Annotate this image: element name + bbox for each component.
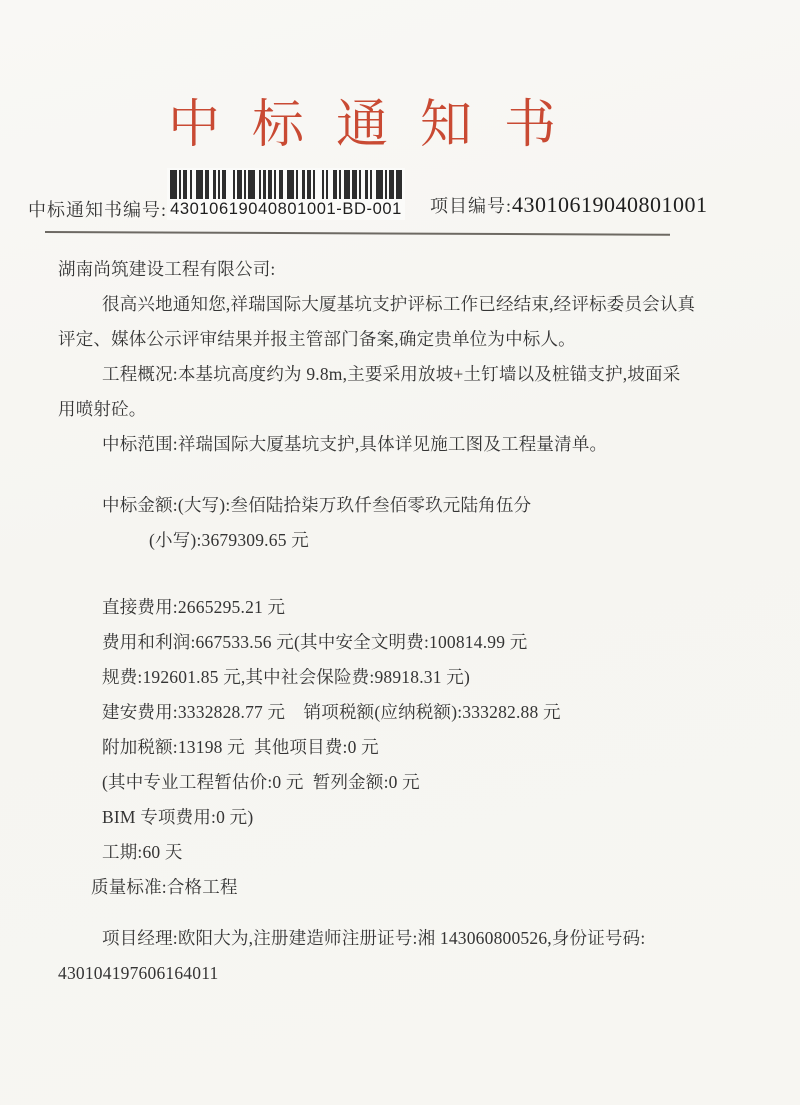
text-line: 规费:192601.85 元,其中社会保险费:98918.31 元): [58, 660, 758, 695]
text-line: (其中专业工程暂估价:0 元 暂列金额:0 元: [58, 765, 758, 800]
project-number: 项目编号:43010619040801001: [430, 192, 708, 218]
text-line: 用喷射砼。: [58, 392, 758, 427]
text-line: 很高兴地通知您,祥瑞国际大厦基坑支护评标工作已经结束,经评标委员会认真: [58, 287, 758, 322]
document-sheet: 中标通知书 中标通知书编号: 43010619040801001-BD-001 …: [0, 0, 800, 1105]
text-line: 中标金额:(大写):叁佰陆拾柒万玖仟叁佰零玖元陆角伍分: [58, 488, 758, 523]
project-number-value: 43010619040801001: [512, 192, 708, 217]
barcode: 43010619040801001-BD-001: [167, 168, 405, 220]
section-intro: 很高兴地通知您,祥瑞国际大厦基坑支护评标工作已经结束,经评标委员会认真评定、媒体…: [58, 287, 758, 357]
text-line: 附加税额:13198 元 其他项目费:0 元: [58, 730, 758, 765]
text-line: 直接费用:2665295.21 元: [58, 590, 758, 625]
project-number-label: 项目编号:: [430, 196, 512, 216]
notice-no-label: 中标通知书编号:: [28, 196, 167, 222]
text-line: 工程概况:本基坑高度约为 9.8m,主要采用放坡+土钉墙以及桩锚支护,坡面采: [58, 357, 758, 392]
section-manager: 项目经理:欧阳大为,注册建造师注册证号:湘 143060800526,身份证号码…: [58, 921, 758, 991]
text-line: 质量标准:合格工程: [58, 870, 758, 905]
text-line: BIM 专项费用:0 元): [58, 800, 758, 835]
text-line: 建安费用:3332828.77 元 销项税额(应纳税额):333282.88 元: [58, 695, 758, 730]
text-line: 费用和利润:667533.56 元(其中安全文明费:100814.99 元: [58, 625, 758, 660]
section-scope: 中标范围:祥瑞国际大厦基坑支护,具体详见施工图及工程量清单。: [58, 427, 758, 462]
text-line: (小写):3679309.65 元: [58, 523, 758, 558]
barcode-bars-icon: [170, 170, 402, 199]
document-body: 湖南尚筑建设工程有限公司:很高兴地通知您,祥瑞国际大厦基坑支护评标工作已经结束,…: [58, 252, 758, 991]
text-line: 中标范围:祥瑞国际大厦基坑支护,具体详见施工图及工程量清单。: [58, 427, 758, 462]
section-fees: 直接费用:2665295.21 元费用和利润:667533.56 元(其中安全文…: [58, 590, 758, 905]
text-line: 430104197606164011: [58, 956, 758, 991]
section-overview: 工程概况:本基坑高度约为 9.8m,主要采用放坡+土钉墙以及桩锚支护,坡面采用喷…: [58, 357, 758, 427]
section-salutation: 湖南尚筑建设工程有限公司:: [58, 252, 758, 287]
text-line: 湖南尚筑建设工程有限公司:: [58, 252, 758, 287]
page-title: 中标通知书: [0, 92, 800, 160]
text-line: 工期:60 天: [58, 835, 758, 870]
section-amount: 中标金额:(大写):叁佰陆拾柒万玖仟叁佰零玖元陆角伍分(小写):3679309.…: [58, 488, 758, 558]
barcode-number: 43010619040801001-BD-001: [170, 200, 402, 219]
text-line: 项目经理:欧阳大为,注册建造师注册证号:湘 143060800526,身份证号码…: [58, 921, 758, 956]
text-line: 评定、媒体公示评审结果并报主管部门备案,确定贵单位为中标人。: [58, 322, 758, 357]
separator-line: [45, 231, 670, 236]
